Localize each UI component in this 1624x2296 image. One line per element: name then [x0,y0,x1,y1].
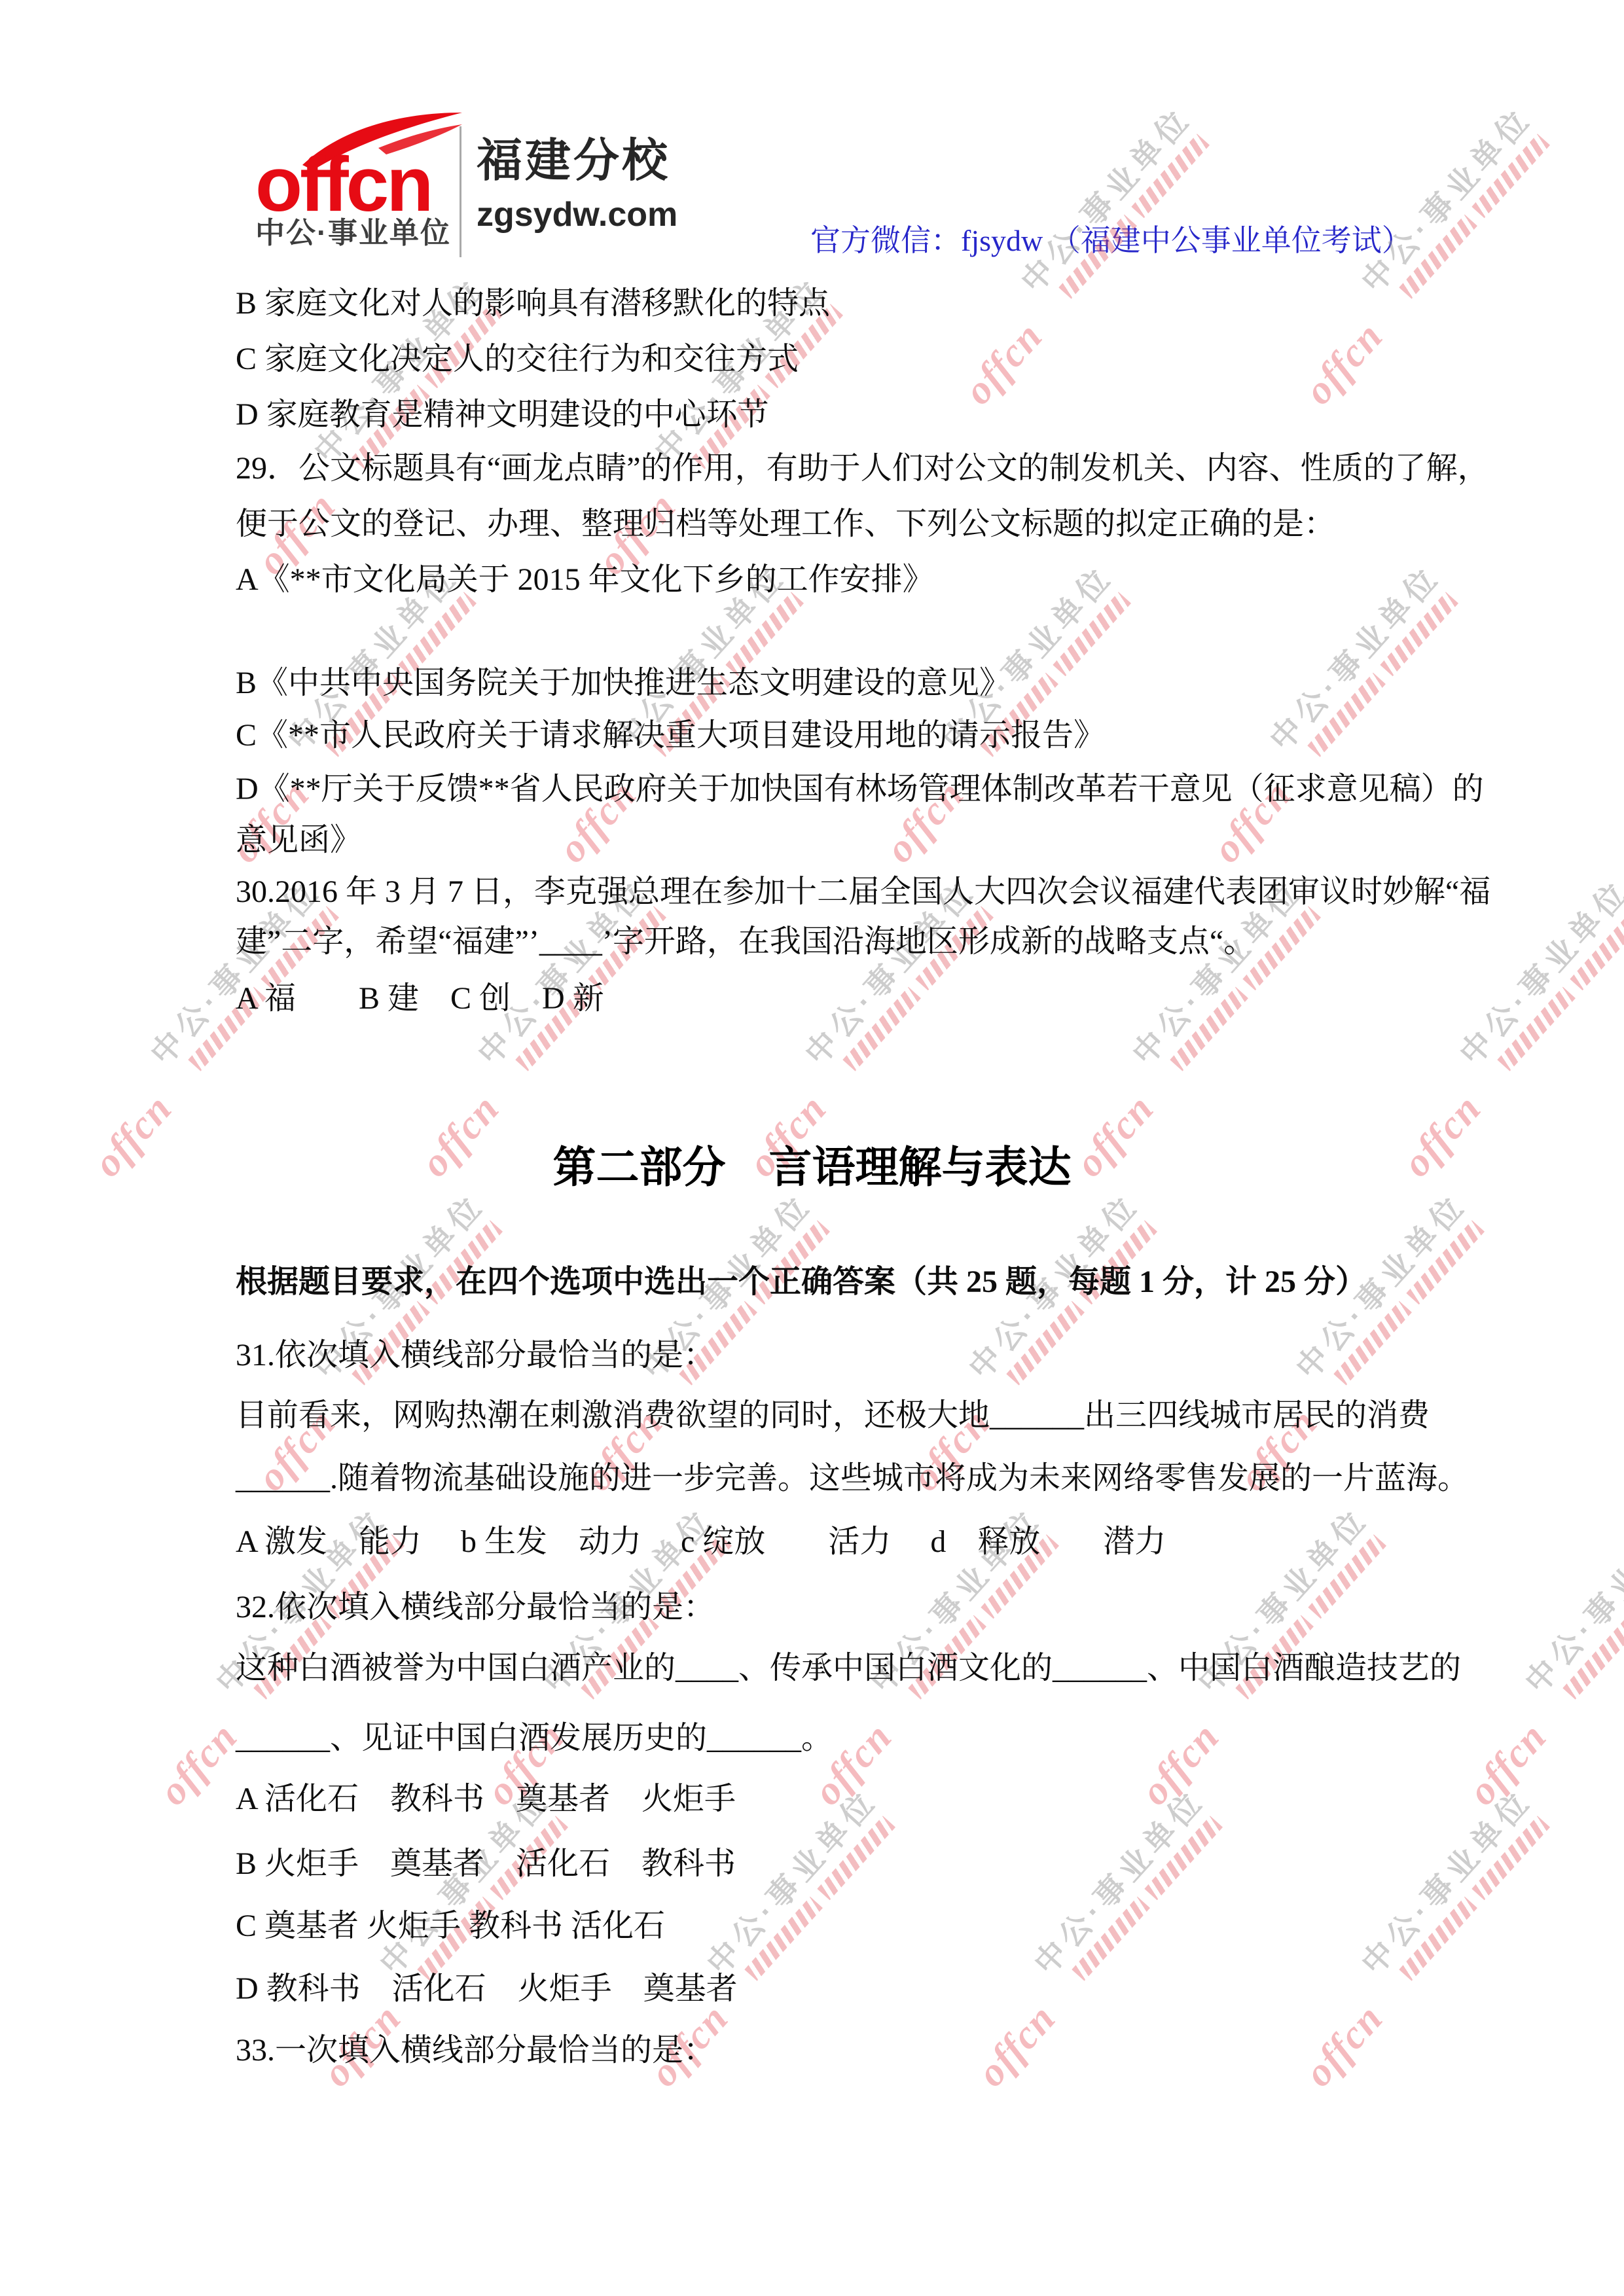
q28-option-c: C 家庭文化决定人的交往行为和交往方式 [236,342,799,377]
q32-option-c: C 奠基者 火炬手 教科书 活化石 [236,1909,665,1944]
logo-wordmark: offcn [255,146,431,223]
q32-option-d: D 教科书 活化石 火炬手 奠基者 [236,1972,738,2007]
part2-instruction: 根据题目要求，在四个选项中选出一个正确答案（共 25 题，每题 1 分，计 25… [236,1265,1367,1300]
watermark-stripes [1058,134,1210,298]
q33-header: 33.一次填入横线部分最恰当的是： [236,2034,715,2068]
watermark-offcn-text: offcn [1461,1715,1554,1812]
watermark: offcn中公·事业单位 [950,1757,1276,2106]
q31-options: A 激发 能力 b 生发 动力 c 绽放 活力 d 释放 潜力 [236,1525,1166,1560]
q29-option-d-line2: 意见函》 [236,823,361,858]
watermark-cn-text: 中公·事业单位 [1265,561,1447,757]
watermark-offcn-text: offcn [1297,1997,1390,2094]
watermark-cn-text: 中公·事业单位 [1521,1503,1624,1700]
watermark-offcn-text: offcn [1297,315,1390,412]
q32-option-a: A 活化石 教科书 奠基者 火炬手 [236,1782,736,1817]
logo-website: zgsydw.com [477,198,677,232]
part2-title: 第二部分 言语理解与表达 [0,1145,1624,1189]
watermark-cn-text: 中公·事业单位 [1017,103,1198,299]
q29-option-b: B《中共中央国务院关于加快推进生态文明建设的意见》 [236,666,1011,701]
watermark-cn-text: 中公·事业单位 [1030,1785,1211,1981]
watermark-stripes [1307,592,1458,757]
q30-stem-line1: 30.2016 年 3 月 7 日，李克强总理在参加十二届全国人大四次会议福建代… [236,875,1490,910]
logo-branch-name: 福建分校 [477,137,670,183]
watermark: offcn中公·事业单位 [884,1161,1210,1510]
watermark-stripes [352,304,503,469]
watermark: offcn中公·事业单位 [1185,533,1511,882]
watermark-stripes [692,304,843,469]
logo-divider [460,126,461,257]
offcn-logo: offcn 中公·事业单位 福建分校 zgsydw.com [255,98,713,262]
wechat-info-line: 官方微信：fjsydw （福建中公事业单位考试） [810,224,1412,259]
watermark-stripes [417,1816,568,1981]
q31-stem-line1: 目前看来，网购热潮在刺激消费欲望的同时，还极大地______出三四线城市居民的消… [236,1399,1430,1433]
watermark-offcn-text: offcn [152,1715,245,1812]
q30-options: A 福 B 建 C 创 D 新 [236,982,604,1016]
q29-option-d-line1: D《**厅关于反馈**省人民政府关于加快国有林场管理体制改革若干意见（征求意见稿… [236,772,1484,807]
watermark-offcn-text: offcn [1134,1715,1227,1812]
q31-stem-line2: ______.随着物流基础设施的进一步完善。这些城市将成为未来网络零售发展的一片… [236,1462,1469,1496]
watermark-cn-text: 中公·事业单位 [1357,1785,1538,1981]
q32-stem-line2: ______、见证中国白酒发展历史的______。 [236,1721,833,1756]
watermark-stripes [1072,1816,1223,1981]
watermark-offcn-text: offcn [957,315,1050,412]
watermark: offcn中公·事业单位 [1212,1161,1538,1510]
q28-option-d: D 家庭教育是精神文明建设的中心环节 [236,398,769,433]
q28-option-b: B 家庭文化对人的影响具有潜移默化的特点 [236,287,830,321]
watermark-stripes [1006,1220,1157,1385]
q29-stem-line2: 便于公文的登记、办理、整理归档等处理工作、下列公文标题的拟定正确的是： [236,507,1335,542]
watermark: offcn中公·事业单位 [1441,1475,1624,1824]
watermark-stripes [744,1816,895,1981]
watermark: offcn中公·事业单位 [557,1161,883,1510]
watermark-stripes [1399,1816,1550,1981]
watermark: offcn中公·事业单位 [230,1161,556,1510]
q30-stem-line2: 建”二字，希望“福建”’____’字开路，在我国沿海地区形成新的战略支点“。 [236,925,1255,960]
q31-header: 31.依次填入横线部分最恰当的是： [236,1338,715,1373]
q32-option-b: B 火炬手 奠基者 活化石 教科书 [236,1847,736,1882]
q32-header: 32.依次填入横线部分最恰当的是： [236,1590,715,1625]
q29-stem-line1: 29．公文标题具有“画龙点睛”的作用，有助于人们对公文的制发机关、内容、性质的了… [236,452,1489,486]
q29-option-a: A《**市文化局关于 2015 年文化下乡的工作安排》 [236,563,934,598]
q29-option-c: C《**市人民政府关于请求解决重大项目建设用地的请示报告》 [236,719,1105,753]
exam-page: offcn中公·事业单位offcn中公·事业单位offcn中公·事业单位offc… [0,0,1624,2296]
watermark-offcn-text: offcn [970,1997,1063,2094]
watermark-stripes [1562,1534,1624,1699]
watermark: offcn中公·事业单位 [1277,1757,1603,2106]
q32-stem-line1: 这种白酒被誉为中国白酒产业的____、传承中国白酒文化的______、中国白酒酿… [236,1651,1461,1686]
logo-subtitle: 中公·事业单位 [255,218,451,247]
watermark-stripes [1497,906,1624,1071]
watermark-stripes [1333,1220,1485,1385]
watermark-stripes [1399,134,1550,298]
watermark-cn-text: 中公·事业单位 [1357,103,1538,299]
